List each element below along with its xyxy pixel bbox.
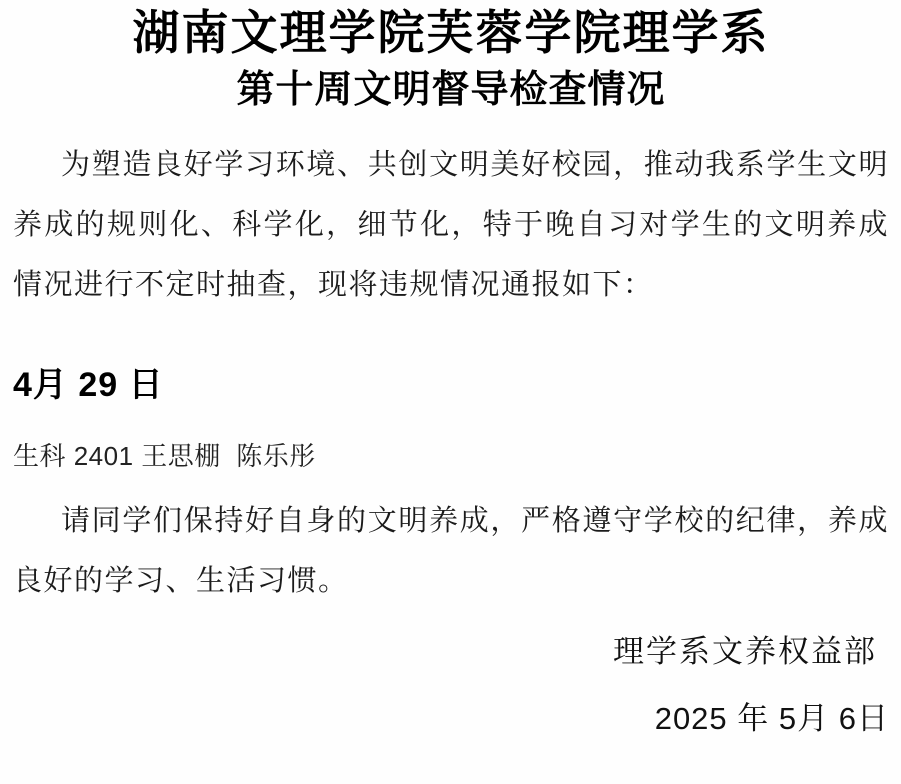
notice-document: 湖南文理学院芙蓉学院理学系 第十周文明督导检查情况 为塑造良好学习环境、共创文明… bbox=[0, 0, 901, 784]
closing-paragraph: 请同学们保持好自身的文明养成，严格遵守学校的纪律，养成良好的学习、生活习惯。 bbox=[13, 491, 889, 611]
violation-entry: 生科 2401 王思棚 陈乐彤 bbox=[13, 439, 889, 473]
intro-paragraph: 为塑造良好学习环境、共创文明美好校园，推动我系学生文明养成的规则化、科学化，细节… bbox=[13, 135, 889, 315]
signature-department: 理学系文养权益部 bbox=[13, 631, 889, 673]
signature-block: 理学系文养权益部 2025 年 5月 6日 bbox=[13, 631, 889, 740]
document-subtitle: 第十周文明督导检查情况 bbox=[13, 69, 889, 111]
inspection-date-heading: 4月 29 日 bbox=[13, 361, 889, 409]
document-title: 湖南文理学院芙蓉学院理学系 bbox=[13, 6, 889, 60]
signature-date: 2025 年 5月 6日 bbox=[13, 698, 889, 740]
